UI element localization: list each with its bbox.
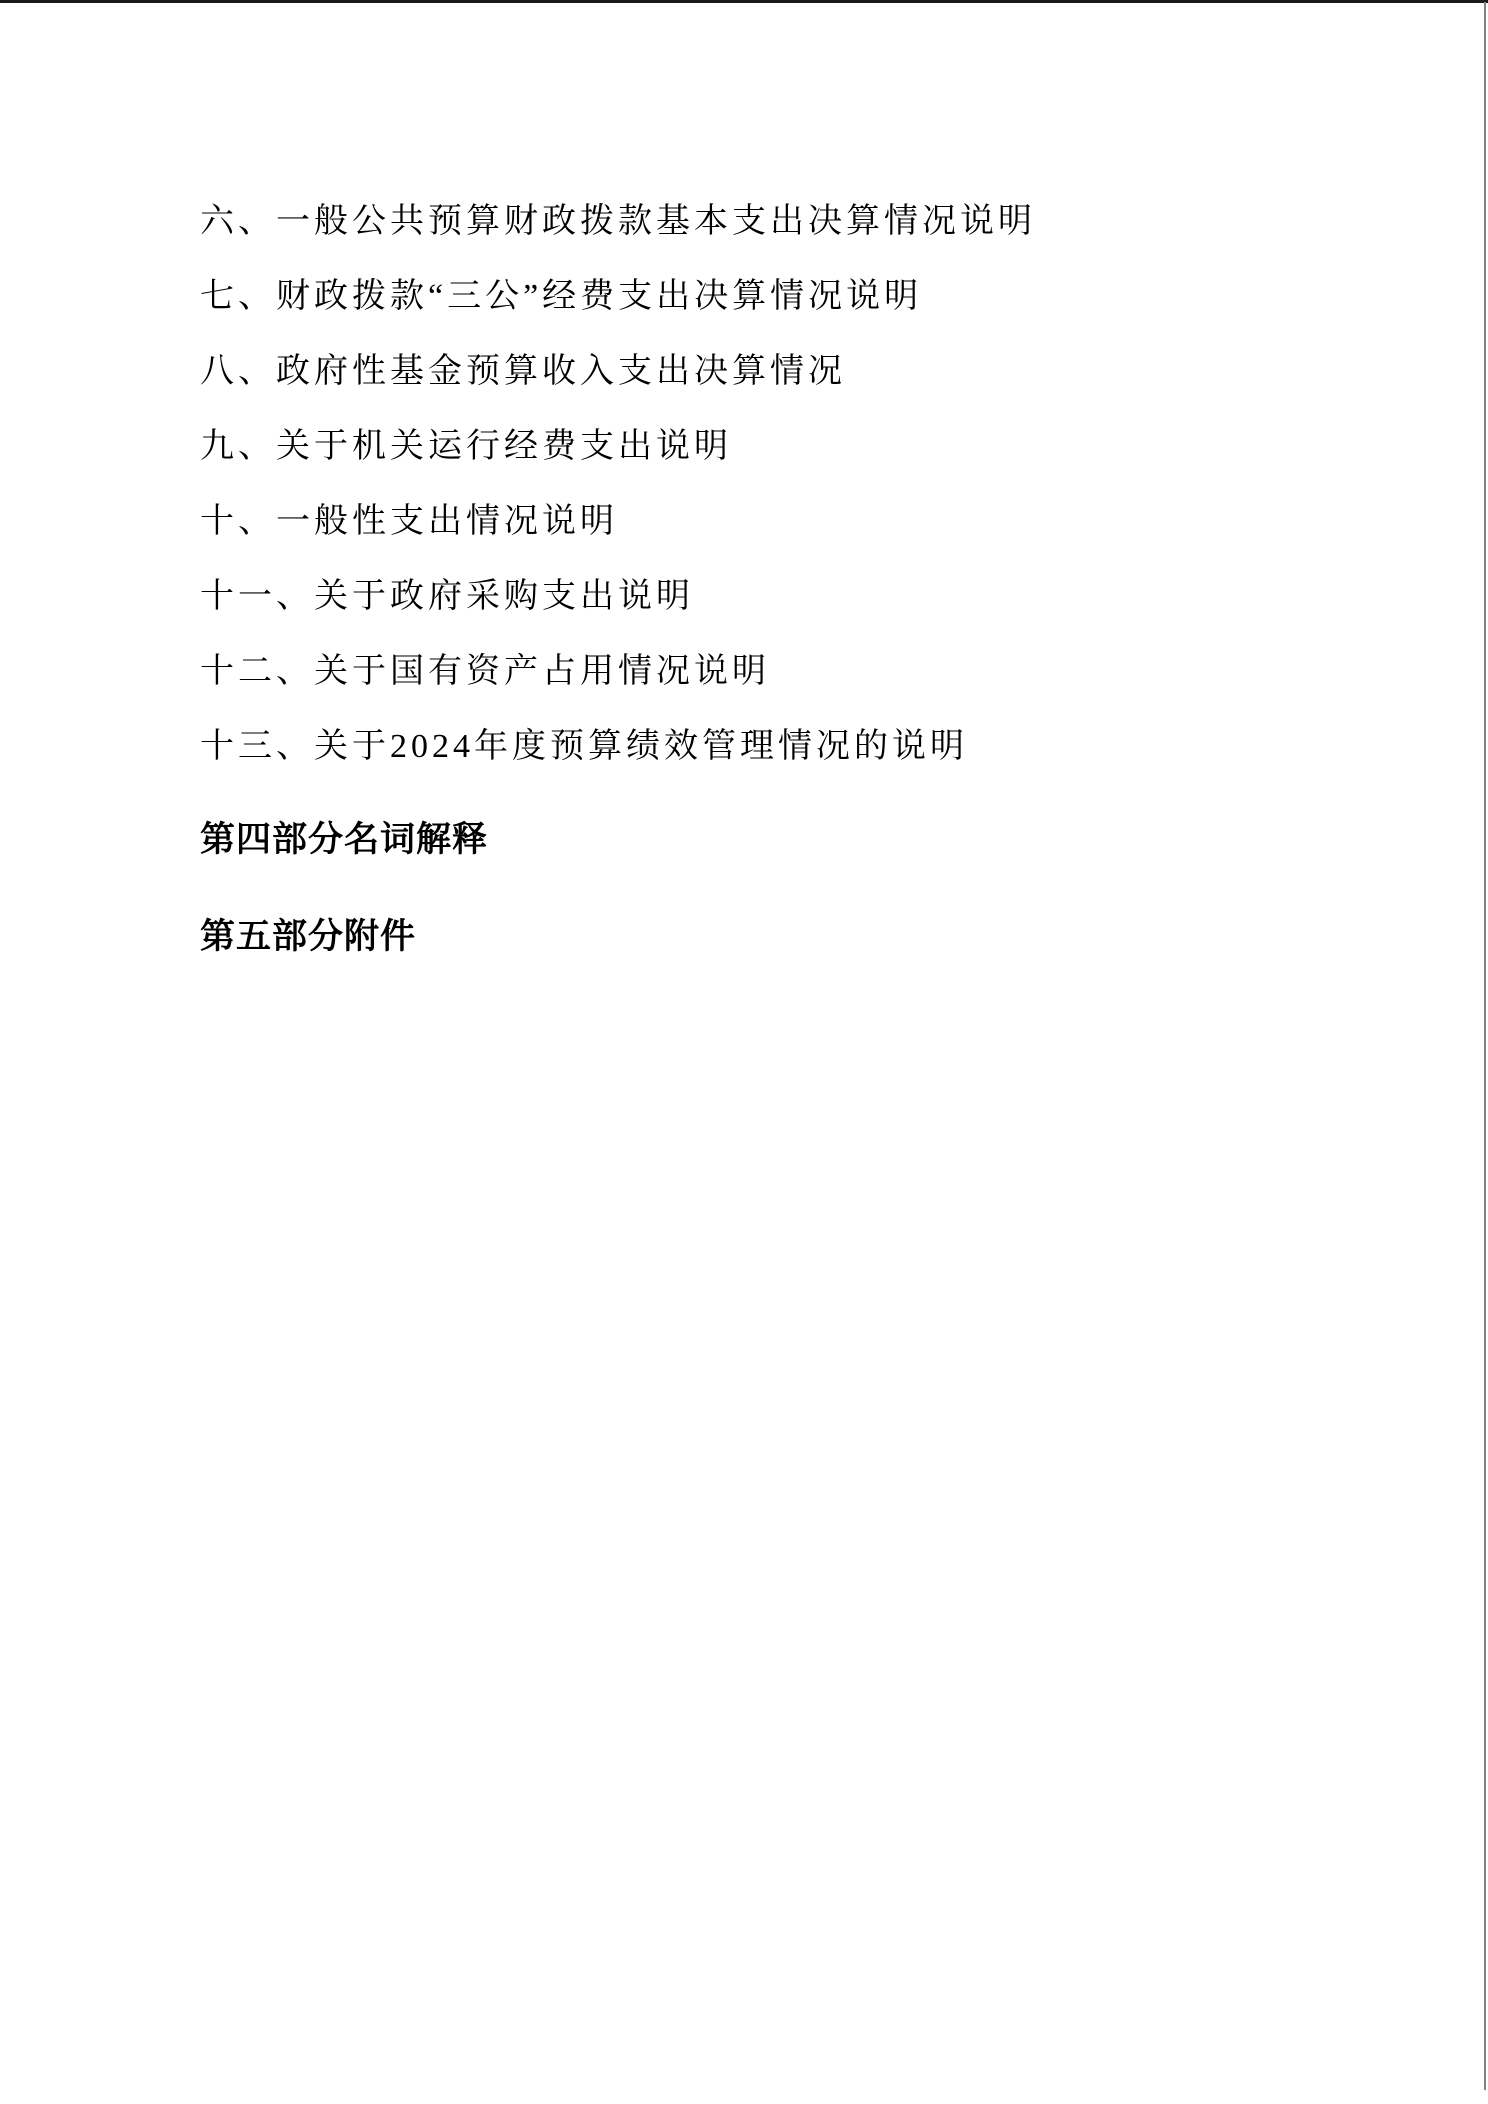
page-right-border — [1484, 2, 1486, 2090]
section-heading-part5: 第五部分附件 — [200, 899, 1408, 974]
toc-item: 十、一般性支出情况说明 — [200, 484, 1408, 559]
toc-item: 八、政府性基金预算收入支出决算情况 — [200, 334, 1408, 409]
page-top-border — [0, 0, 1488, 3]
toc-item: 七、财政拨款“三公”经费支出决算情况说明 — [200, 259, 1408, 334]
toc-item: 十二、关于国有资产占用情况说明 — [200, 634, 1408, 709]
section-heading-part4: 第四部分名词解释 — [200, 802, 1408, 877]
toc-content: 六、一般公共预算财政拨款基本支出决算情况说明 七、财政拨款“三公”经费支出决算情… — [200, 184, 1408, 974]
document-page: 六、一般公共预算财政拨款基本支出决算情况说明 七、财政拨款“三公”经费支出决算情… — [0, 0, 1488, 2104]
toc-item: 十一、关于政府采购支出说明 — [200, 559, 1408, 634]
toc-item: 六、一般公共预算财政拨款基本支出决算情况说明 — [200, 184, 1408, 259]
toc-item: 十三、关于2024年度预算绩效管理情况的说明 — [200, 709, 1408, 784]
toc-item: 九、关于机关运行经费支出说明 — [200, 409, 1408, 484]
